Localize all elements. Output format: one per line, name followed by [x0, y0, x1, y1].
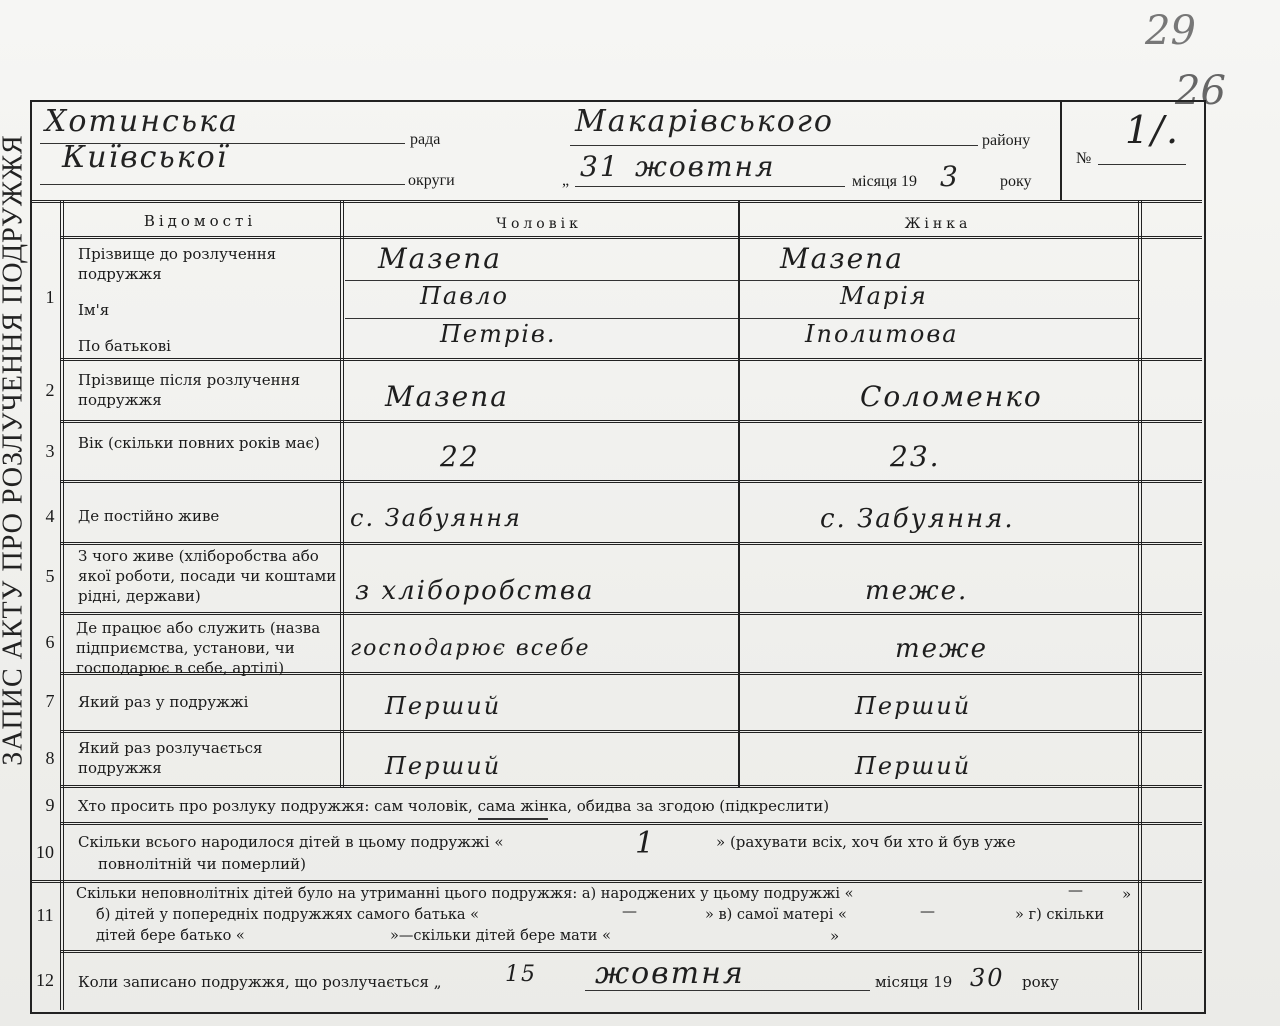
wife-surname-after: Соломенко [860, 380, 1043, 413]
row11-line2a: б) дітей у попередніх подружжях самого б… [96, 905, 479, 925]
archive-number-top: 29 [1145, 8, 1196, 54]
row-rule [345, 280, 1140, 281]
row-line [60, 950, 1202, 953]
row-line [60, 358, 1202, 361]
husband-residence: с. Забуяння [350, 504, 522, 532]
wife-divorce-count: Перший [855, 752, 971, 780]
row12-text: Коли записано подружжя, що розлучається … [78, 972, 442, 992]
rada-value: Хотинська [45, 104, 239, 139]
husband-livelihood: з хліборобства [355, 576, 595, 606]
row-number: 1 [35, 287, 65, 308]
label-livelihood: З чого живе (хліборобства або якої робот… [78, 546, 340, 606]
row-number: 9 [35, 795, 65, 816]
table-top-line [30, 200, 1202, 203]
okruha-value: Київської [62, 140, 228, 175]
record-day-value: 15 [505, 962, 537, 987]
row-number: 5 [35, 566, 65, 587]
rada-label: рада [410, 131, 440, 149]
underline-husband-choice [478, 818, 548, 820]
row11-line1-value: — [1068, 880, 1083, 900]
okruha-underline [40, 184, 405, 185]
row11-line3a: дітей бере батько « [96, 926, 245, 946]
row-line [60, 730, 1202, 733]
row-number: 2 [35, 380, 65, 401]
wife-patronymic: Іполитова [805, 320, 959, 348]
label-marriage-count: Який раз у подружжі [78, 692, 248, 712]
row-line [60, 822, 1202, 825]
right-col-divider [1138, 200, 1142, 1010]
record-year-label: року [1022, 972, 1059, 992]
record-month-underline [585, 990, 870, 991]
year-value: 3 [940, 160, 960, 193]
label-surname-before: Прізвище до розлучення подружжя [78, 244, 333, 284]
row-number: 12 [30, 970, 60, 991]
row-number: 11 [30, 905, 60, 926]
wife-age: 23. [890, 440, 941, 473]
row10-text-a: Скільки всього народилося дітей в цьому … [78, 832, 504, 852]
record-year-value: 30 [970, 964, 1005, 992]
number-underline [1098, 164, 1186, 165]
row-number: 3 [35, 441, 65, 462]
husband-age: 22 [440, 440, 480, 473]
col-header-wife: Жінка [738, 216, 1138, 232]
row10-text-b: » (рахувати всіх, хоч би хто й був уже [716, 832, 1016, 852]
row-line [60, 612, 1202, 615]
label-patronymic: По батькові [78, 336, 171, 356]
num-col-divider [60, 200, 64, 1010]
date-underline [575, 186, 845, 187]
row11-line2c: » г) скільки [1015, 905, 1104, 925]
divider [1060, 100, 1062, 200]
raion-label: району [982, 132, 1030, 150]
row-line [30, 880, 1202, 883]
label-workplace: Де працює або служить (назва підприємств… [76, 618, 338, 678]
raion-underline [570, 145, 978, 146]
record-month-value: жовтня [595, 956, 745, 991]
row-line [60, 420, 1202, 423]
quote-open: „ [562, 172, 569, 190]
husband-first-name: Павло [420, 282, 509, 310]
record-month-label: місяця 19 [875, 972, 952, 992]
husband-divorce-count: Перший [385, 752, 501, 780]
wife-livelihood: теже. [865, 576, 968, 606]
label-age: Вік (скільки повних років має) [78, 433, 336, 453]
okruha-label: округи [408, 172, 455, 190]
row11-line3b-end: » [830, 926, 839, 946]
number-label: № [1076, 150, 1091, 168]
row-rule [345, 318, 1140, 319]
wife-workplace: теже [895, 634, 988, 664]
row11-line1: Скільки неповнолітніх дітей було на утри… [76, 884, 854, 904]
day-value: 31 [580, 150, 620, 183]
wife-residence: с. Забуяння. [820, 504, 1015, 534]
husband-patronymic: Петрів. [440, 320, 557, 348]
row-line [60, 785, 1202, 788]
label-residence: Де постійно живе [78, 506, 219, 526]
col-header-info: Відомості [60, 212, 340, 230]
col-header-husband: Чоловік [340, 216, 738, 232]
husband-surname-before: Мазепа [378, 242, 502, 275]
row9-who-requests: Хто просить про розлуку подружжя: сам чо… [78, 796, 829, 816]
month-value: жовтня [635, 150, 776, 183]
row-line [60, 480, 1202, 483]
husband-marriage-count: Перший [385, 692, 501, 720]
husband-workplace: господарює всебе [350, 636, 591, 661]
row-number: 7 [35, 691, 65, 712]
row-number: 10 [30, 842, 60, 863]
children-born-value: 1 [635, 826, 656, 861]
row-number: 4 [35, 506, 65, 527]
row11-line3b: »—скільки дітей бере мати « [390, 926, 611, 946]
row11-line2a-value: — [622, 901, 637, 921]
row10-text-c: повнолітній чи померлий) [98, 854, 306, 874]
row-number: 6 [35, 632, 65, 653]
wife-marriage-count: Перший [855, 692, 971, 720]
wife-surname-before: Мазепа [780, 242, 904, 275]
row11-line2b: » в) самої матері « [705, 905, 847, 925]
husband-wife-divider [738, 200, 740, 788]
row11-line1-end: » [1122, 884, 1131, 904]
row11-line2b-value: — [920, 901, 935, 921]
label-surname-after: Прізвище після розлучення подружжя [78, 370, 338, 410]
header-line [60, 236, 1202, 239]
label-col-divider [340, 200, 344, 788]
year-label: року [1000, 173, 1032, 191]
month-label: місяця 19 [852, 173, 917, 191]
label-first-name: Ім'я [78, 300, 109, 320]
label-divorce-count: Який раз розлучається подружжя [78, 738, 318, 778]
row-line [60, 542, 1202, 545]
raion-value: Макарівського [575, 104, 834, 139]
husband-surname-after: Мазепа [385, 380, 509, 413]
wife-first-name: Марія [840, 282, 928, 310]
vertical-document-title: ЗАПИС АКТУ ПРО РОЗЛУЧЕННЯ ПОДРУЖЖЯ [0, 100, 34, 800]
row-number: 8 [35, 748, 65, 769]
number-value: 1/. [1125, 108, 1180, 152]
